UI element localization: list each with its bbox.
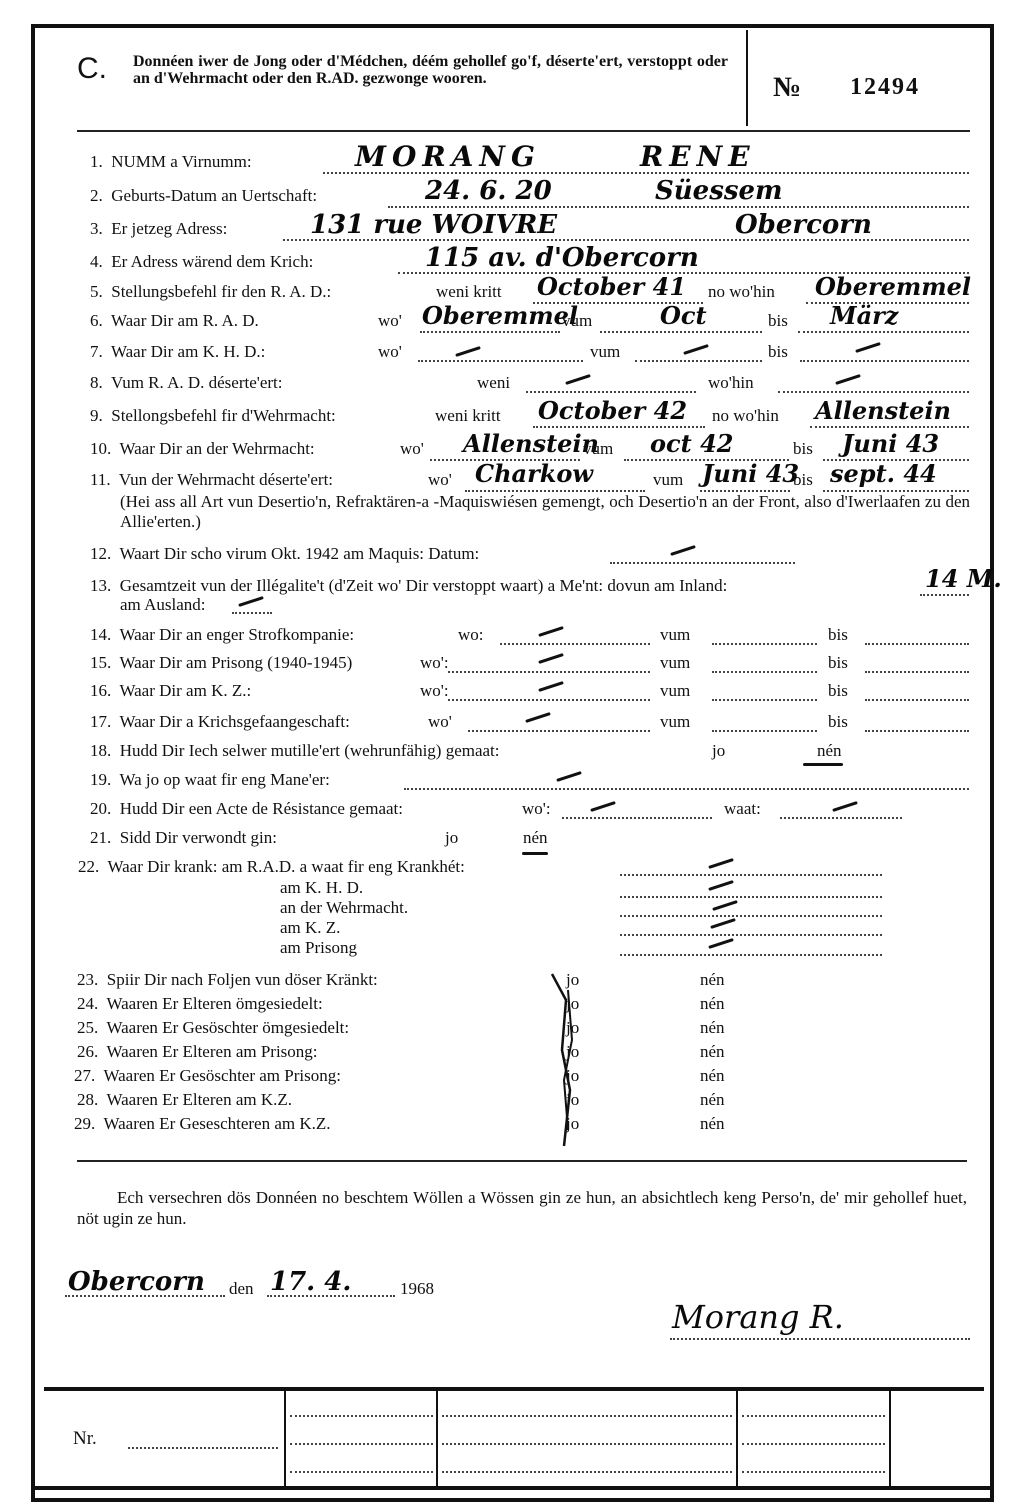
field-22-line-wehrmacht[interactable] <box>620 915 882 917</box>
field-12-line[interactable] <box>610 562 795 564</box>
field-10-bis-label: bis <box>793 439 813 459</box>
field-10-wo-value: Allenstein <box>463 429 599 458</box>
field-8-weni-line[interactable] <box>526 391 696 393</box>
field-11-note: (Hei ass all Art vun Desertio'n, Refrakt… <box>120 492 970 532</box>
field-6-bis-line[interactable] <box>798 331 969 333</box>
field-7-vum-label: vum <box>590 342 620 362</box>
field-11-label: 11. Vun der Wehrmacht déserte'ert: <box>90 470 333 490</box>
nr-label: Nr. <box>73 1428 97 1450</box>
field-22-line-kz[interactable] <box>620 934 882 936</box>
yesno-27-nen[interactable]: nén <box>700 1066 725 1086</box>
field-21-label: 21. Sidd Dir verwondt gin: <box>90 828 277 848</box>
field-7-vum-line[interactable] <box>635 360 762 362</box>
field-2-label: 2. Geburts-Datum an Uertschaft: <box>90 186 317 206</box>
field-9-weni-value: October 42 <box>538 396 687 425</box>
field-14-bis-label: bis <box>828 625 848 645</box>
jo-bracket-mark <box>548 970 588 1148</box>
form-number: 12494 <box>850 74 920 101</box>
field-17-label: 17. Waar Dir a Krichsgefaangeschaft: <box>90 712 350 732</box>
field-6-label: 6. Waar Dir am R. A. D. <box>90 311 259 331</box>
field-6-wo-line[interactable] <box>420 331 560 333</box>
number-symbol: № <box>773 72 801 104</box>
field-17-vum-line[interactable] <box>712 730 817 732</box>
field-20-label: 20. Hudd Dir een Acte de Résistance gema… <box>90 799 403 819</box>
field-22-line-prisong[interactable] <box>620 954 882 956</box>
footer-col-divider-3 <box>736 1390 738 1486</box>
field-7-wo-line[interactable] <box>418 360 583 362</box>
field-14-vum-line[interactable] <box>712 643 817 645</box>
field-15-vum-line[interactable] <box>712 671 817 673</box>
field-16-vum-line[interactable] <box>712 699 817 701</box>
field-16-bis-line[interactable] <box>865 699 969 701</box>
yesno-29-nen[interactable]: nén <box>700 1114 725 1134</box>
field-22-sub-prisong: am Prisong <box>280 938 357 958</box>
field-6-bis-label: bis <box>768 311 788 331</box>
field-15-label: 15. Waar Dir am Prisong (1940-1945) <box>90 653 352 673</box>
field-6-vum-value: Oct <box>660 301 707 330</box>
field-2-line[interactable] <box>388 206 969 208</box>
field-1-surname: MORANG <box>355 140 541 173</box>
field-10-vum-value: oct 42 <box>650 429 733 458</box>
field-16-bis-label: bis <box>828 681 848 701</box>
field-6-vum-line[interactable] <box>600 331 762 333</box>
field-9-weni-line[interactable] <box>533 426 705 428</box>
field-8-wohin-line[interactable] <box>778 391 969 393</box>
footer-c2-line-1[interactable] <box>442 1415 732 1417</box>
field-9-wohin-line[interactable] <box>810 426 969 428</box>
yesno-24-nen[interactable]: nén <box>700 994 725 1014</box>
field-11-wo-label: wo' <box>428 470 452 490</box>
footer-c1-line-1[interactable] <box>290 1415 433 1417</box>
field-15-wo-label: wo': <box>420 653 449 673</box>
yesno-row-28: 28. Waaren Er Elteren am K.Z. <box>77 1090 292 1110</box>
footer-c3-line-1[interactable] <box>742 1415 885 1417</box>
field-17-wo-line[interactable] <box>468 730 650 732</box>
field-11-vum-value: Juni 43 <box>702 459 799 488</box>
field-5-weni-label: weni kritt <box>436 282 502 302</box>
footer-c3-line-3[interactable] <box>742 1471 885 1473</box>
field-15-bis-line[interactable] <box>865 671 969 673</box>
field-5-wohin-label: no wo'hin <box>708 282 775 302</box>
signature: Morang R. <box>672 1298 844 1336</box>
field-5-weni-value: October 41 <box>537 272 686 301</box>
footer-col-divider-1 <box>284 1390 286 1486</box>
field-11-wo-value: Charkow <box>475 459 593 488</box>
field-13-ausland-label: am Ausland: <box>120 595 205 615</box>
field-9-wohin-value: Allenstein <box>815 396 951 425</box>
place-value: Obercorn <box>68 1267 205 1297</box>
year-label: 1968 <box>400 1279 434 1299</box>
section-letter: C. <box>77 52 107 86</box>
footer-bottom-rule <box>31 1486 990 1490</box>
field-7-label: 7. Waar Dir am K. H. D.: <box>90 342 265 362</box>
field-1-firstname: RENE <box>640 140 756 173</box>
den-label: den <box>229 1279 254 1299</box>
field-9-label: 9. Stellongsbefehl fir d'Wehrmacht: <box>90 406 336 426</box>
field-19-line[interactable] <box>404 788 969 790</box>
field-5-label: 5. Stellungsbefehl fir den R. A. D.: <box>90 282 331 302</box>
field-7-bis-line[interactable] <box>800 360 969 362</box>
yesno-23-nen[interactable]: nén <box>700 970 725 990</box>
field-2-date: 24. 6. 20 <box>425 176 552 206</box>
field-22-line-khd[interactable] <box>620 896 882 898</box>
field-14-bis-line[interactable] <box>865 643 969 645</box>
field-3-label: 3. Er jetzeg Adress: <box>90 219 227 239</box>
field-20-waat-label: waat: <box>724 799 761 819</box>
field-20-waat-line[interactable] <box>780 817 902 819</box>
field-15-bis-label: bis <box>828 653 848 673</box>
field-16-wo-line[interactable] <box>448 699 650 701</box>
field-4-label: 4. Er Adress wärend dem Krich: <box>90 252 313 272</box>
field-19-label: 19. Wa jo op waat fir eng Mane'er: <box>90 770 330 790</box>
field-6-wo-label: wo' <box>378 311 402 331</box>
field-5-wohin-value: Oberemmel <box>815 272 971 301</box>
field-16-wo-label: wo': <box>420 681 449 701</box>
yesno-28-nen[interactable]: nén <box>700 1090 725 1110</box>
field-13-ausland-line[interactable] <box>232 612 272 614</box>
header-rule <box>77 130 970 132</box>
field-21-option-nen[interactable]: nén <box>523 828 548 848</box>
field-8-weni-label: weni <box>477 373 510 393</box>
date-value: 17. 4. <box>270 1267 351 1297</box>
field-12-label: 12. Waart Dir scho virum Okt. 1942 am Ma… <box>90 544 479 564</box>
field-4-value: 115 av. d'Obercorn <box>425 243 699 273</box>
field-16-vum-label: vum <box>660 681 690 701</box>
footer-c2-line-2[interactable] <box>442 1443 732 1445</box>
field-11-vum-label: vum <box>653 470 683 490</box>
declaration-rule <box>77 1160 967 1162</box>
field-17-bis-line[interactable] <box>865 730 969 732</box>
field-22-sub-kz: am K. Z. <box>280 918 340 938</box>
footer-c3-line-2[interactable] <box>742 1443 885 1445</box>
header-divider <box>746 30 748 126</box>
field-9-wohin-label: no wo'hin <box>712 406 779 426</box>
footer-col-divider-2 <box>436 1390 438 1486</box>
field-11-bis-value: sept. 44 <box>830 459 937 488</box>
field-21-selected-mark <box>522 852 548 855</box>
field-14-wo-line[interactable] <box>500 643 650 645</box>
yesno-26-nen[interactable]: nén <box>700 1042 725 1062</box>
field-15-vum-label: vum <box>660 653 690 673</box>
field-14-label: 14. Waar Dir an enger Strofkompanie: <box>90 625 354 645</box>
field-1-label: 1. NUMM a Virnumm: <box>90 152 252 172</box>
field-7-wo-label: wo' <box>378 342 402 362</box>
field-22-sub-khd: am K. H. D. <box>280 878 363 898</box>
field-17-wo-label: wo' <box>428 712 452 732</box>
field-10-label: 10. Waar Dir an der Wehrmacht: <box>90 439 315 459</box>
field-22-sub-wehrmacht: an der Wehrmacht. <box>280 898 408 918</box>
field-13-label: 13. Gesamtzeit vun der Illégalite't (d'Z… <box>90 576 727 596</box>
yesno-25-nen[interactable]: nén <box>700 1018 725 1038</box>
field-22-label: 22. Waar Dir krank: am R.A.D. a waat fir… <box>78 857 465 877</box>
signature-line[interactable] <box>670 1338 970 1340</box>
field-10-vum-label: vum <box>583 439 613 459</box>
field-8-label: 8. Vum R. A. D. déserte'ert: <box>90 373 283 393</box>
field-21-option-jo[interactable]: jo <box>445 828 458 848</box>
yesno-row-24: 24. Waaren Er Elteren ömgesiedelt: <box>77 994 323 1014</box>
field-11-bis-label: bis <box>793 470 813 490</box>
field-15-wo-line[interactable] <box>448 671 650 673</box>
field-6-bis-value: März <box>830 301 898 330</box>
yesno-row-27: 27. Waaren Er Gesöschter am Prisong: <box>74 1066 341 1086</box>
field-20-wo-label: wo': <box>522 799 551 819</box>
field-10-wo-label: wo' <box>400 439 424 459</box>
nr-line[interactable] <box>128 1447 278 1449</box>
field-3-town: Obercorn <box>735 210 872 240</box>
field-14-vum-label: vum <box>660 625 690 645</box>
field-6-vum-label: vum <box>562 311 592 331</box>
footer-c1-line-3[interactable] <box>290 1471 433 1473</box>
field-6-wo-value: Oberemmel <box>422 301 578 330</box>
yesno-row-26: 26. Waaren Er Elteren am Prisong: <box>77 1042 318 1062</box>
field-18-selected-mark <box>803 763 843 766</box>
field-8-wohin-label: wo'hin <box>708 373 754 393</box>
field-18-option-nen[interactable]: nén <box>817 741 842 761</box>
footer-c2-line-3[interactable] <box>442 1471 732 1473</box>
field-18-label: 18. Hudd Dir Iech selwer mutille'ert (we… <box>90 741 500 761</box>
field-3-street: 131 rue WOIVRE <box>310 210 557 240</box>
field-16-label: 16. Waar Dir am K. Z.: <box>90 681 251 701</box>
yesno-row-25: 25. Waaren Er Gesöschter ömgesiedelt: <box>77 1018 349 1038</box>
field-18-option-jo[interactable]: jo <box>712 741 725 761</box>
footer-c1-line-2[interactable] <box>290 1443 433 1445</box>
field-9-weni-label: weni kritt <box>435 406 501 426</box>
field-10-bis-value: Juni 43 <box>842 429 939 458</box>
field-20-wo-line[interactable] <box>562 817 712 819</box>
yesno-row-23: 23. Spiir Dir nach Foljen vun döser Krän… <box>77 970 378 990</box>
field-7-bis-label: bis <box>768 342 788 362</box>
field-22-line-rad[interactable] <box>620 874 882 876</box>
declaration-text: Ech versechren dös Donnéen no beschtem W… <box>77 1187 967 1229</box>
field-14-wo-label: wo: <box>458 625 484 645</box>
field-13-inland-value: 14 M. <box>925 564 1002 593</box>
field-13-inland-line[interactable] <box>920 594 969 596</box>
field-17-vum-label: vum <box>660 712 690 732</box>
form-title: Donnéen iwer de Jong oder d'Médchen, déé… <box>133 53 728 87</box>
yesno-row-29: 29. Waaren Er Geseschteren am K.Z. <box>74 1114 331 1134</box>
footer-top-rule <box>44 1387 984 1391</box>
field-17-bis-label: bis <box>828 712 848 732</box>
footer-col-divider-4 <box>889 1390 891 1486</box>
field-2-place: Süessem <box>655 176 783 206</box>
